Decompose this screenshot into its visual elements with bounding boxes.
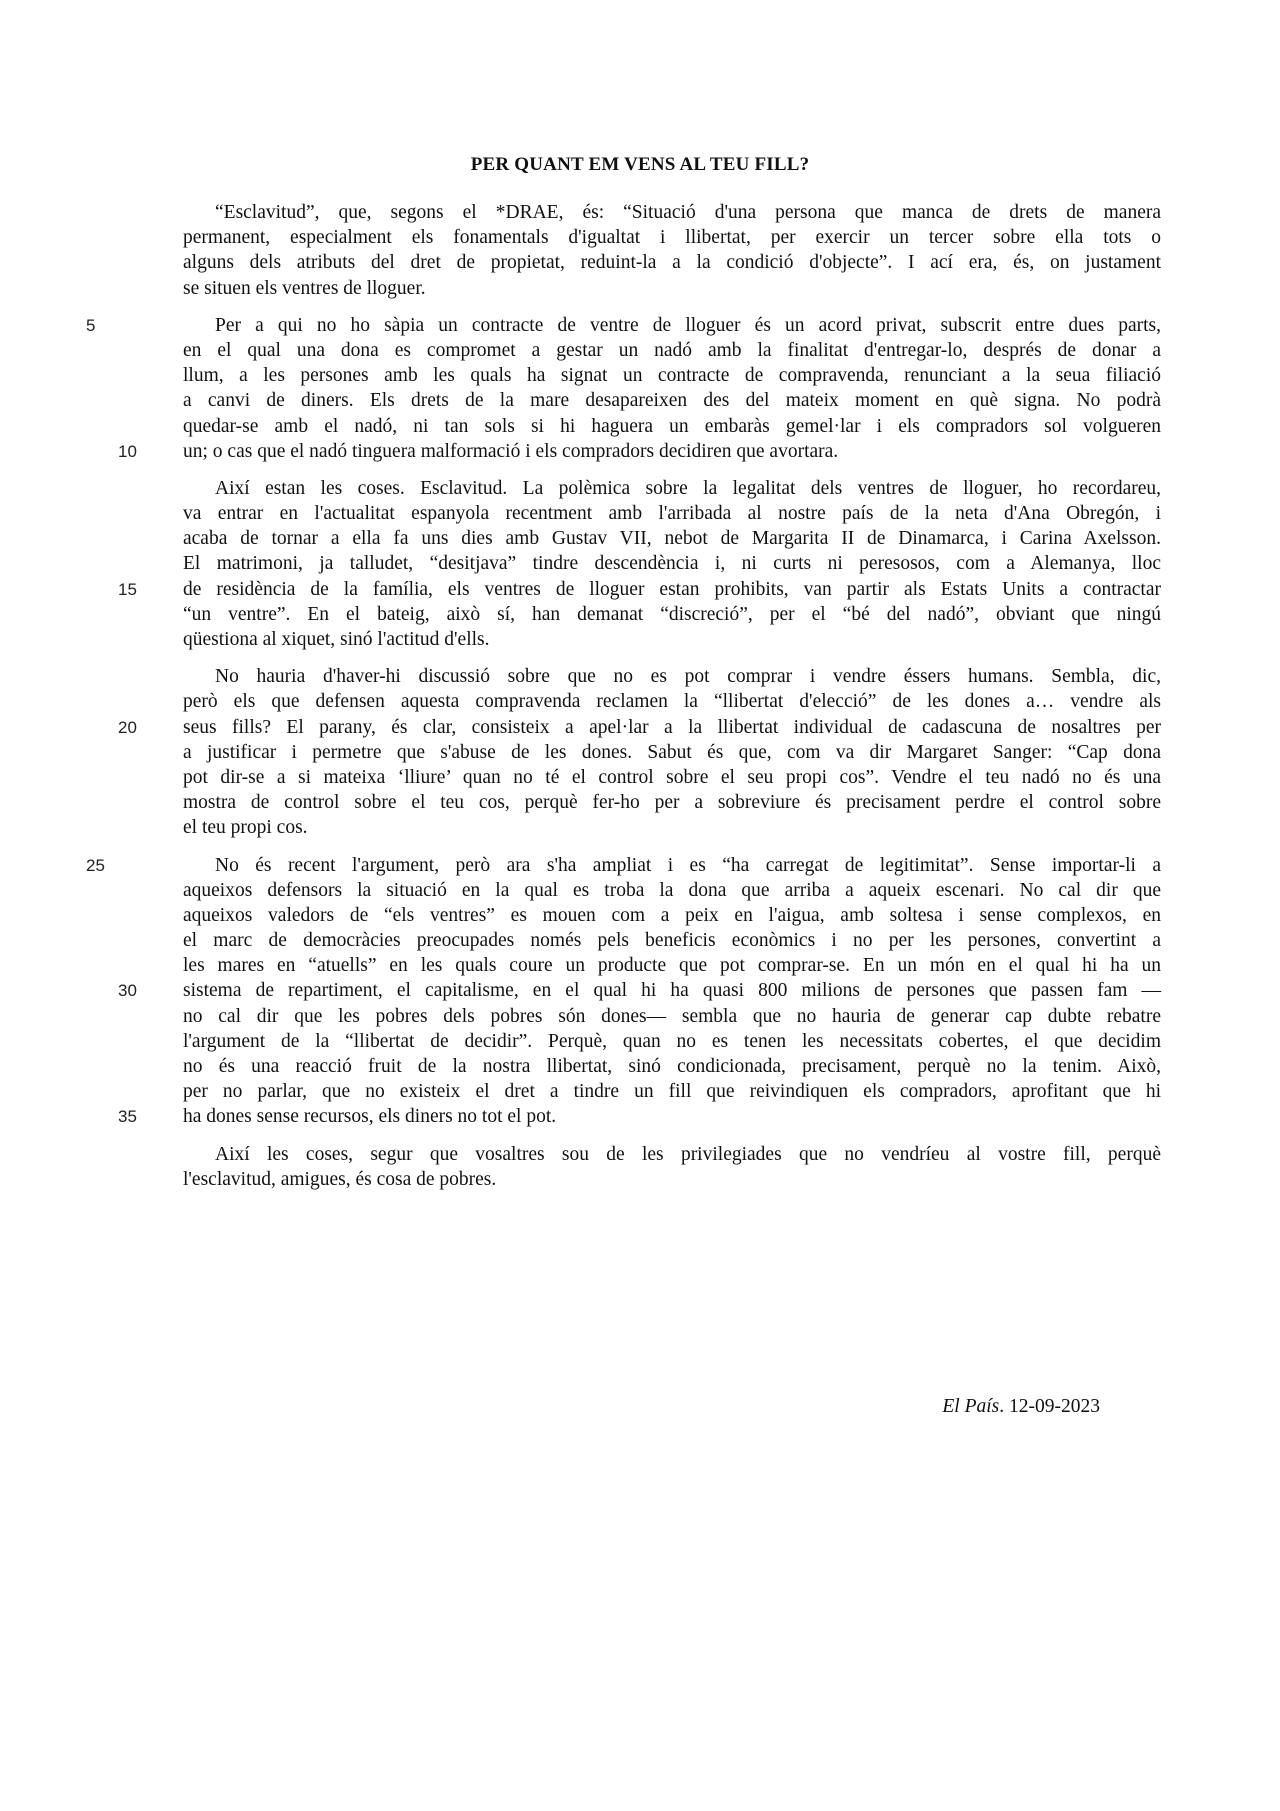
text-line: el teu propi cos. xyxy=(183,815,1161,840)
text-line: 5Per a qui no ho sàpia un contracte de v… xyxy=(183,313,1161,338)
line-text: ha dones sense recursos, els diners no t… xyxy=(183,1106,556,1127)
line-text: Per a qui no ho sàpia un contracte de ve… xyxy=(215,315,1161,336)
publication-date: . 12-09-2023 xyxy=(999,1396,1100,1417)
line-text: El matrimoni, ja talludet, “desitjava” t… xyxy=(183,553,1161,574)
text-line: acaba de tornar a ella fa uns dies amb G… xyxy=(183,526,1161,551)
line-text: pot dir-se a si mateixa ‘lliure’ quan no… xyxy=(183,767,1161,788)
line-text: “Esclavitud”, que, segons el *DRAE, és: … xyxy=(215,202,1161,223)
line-text: mostra de control sobre el teu cos, perq… xyxy=(183,792,1161,813)
line-text: en el qual una dona es compromet a gesta… xyxy=(183,340,1161,361)
line-text: Així les coses, segur que vosaltres sou … xyxy=(215,1144,1161,1165)
text-line: “Esclavitud”, que, segons el *DRAE, és: … xyxy=(183,200,1161,225)
line-text: un; o cas que el nadó tinguera malformac… xyxy=(183,441,838,462)
text-line: qüestiona al xiquet, sinó l'actitud d'el… xyxy=(183,627,1161,652)
text-line: 35ha dones sense recursos, els diners no… xyxy=(183,1104,1161,1129)
line-text: de residència de la família, els ventres… xyxy=(183,579,1161,600)
text-line: quedar-se amb el nadó, ni tan sols si hi… xyxy=(183,414,1161,439)
paragraph: No hauria d'haver-hi discussió sobre que… xyxy=(183,664,1161,840)
paragraph: Així les coses, segur que vosaltres sou … xyxy=(183,1142,1161,1192)
line-number: 30 xyxy=(118,978,148,1003)
line-text: llum, a les persones amb les quals ha si… xyxy=(183,365,1161,386)
text-line: 30sistema de repartiment, el capitalisme… xyxy=(183,978,1161,1003)
paragraph: “Esclavitud”, que, segons el *DRAE, és: … xyxy=(183,200,1161,301)
text-line: aqueixos defensors la situació en la qua… xyxy=(183,878,1161,903)
line-number: 25 xyxy=(86,853,116,878)
line-text: aqueixos defensors la situació en la qua… xyxy=(183,880,1161,901)
text-line: permanent, especialment els fonamentals … xyxy=(183,225,1161,250)
line-text: a canvi de diners. Els drets de la mare … xyxy=(183,390,1161,411)
line-text: No hauria d'haver-hi discussió sobre que… xyxy=(215,666,1161,687)
line-text: va entrar en l'actualitat espanyola rece… xyxy=(183,503,1161,524)
text-line: Així estan les coses. Esclavitud. La pol… xyxy=(183,476,1161,501)
line-number: 35 xyxy=(118,1104,148,1129)
text-line: 15de residència de la família, els ventr… xyxy=(183,577,1161,602)
line-text: permanent, especialment els fonamentals … xyxy=(183,227,1161,248)
text-line: pot dir-se a si mateixa ‘lliure’ quan no… xyxy=(183,765,1161,790)
line-text: aqueixos valedors de “els ventres” es mo… xyxy=(183,905,1161,926)
text-line: Així les coses, segur que vosaltres sou … xyxy=(183,1142,1161,1167)
line-text: no és una reacció fruit de la nostra lli… xyxy=(183,1056,1161,1077)
line-text: se situen els ventres de lloguer. xyxy=(183,278,426,299)
text-line: 25No és recent l'argument, però ara s'ha… xyxy=(183,853,1161,878)
text-line: l'esclavitud, amigues, és cosa de pobres… xyxy=(183,1167,1161,1192)
line-text: no cal dir que les pobres dels pobres só… xyxy=(183,1006,1161,1027)
line-text: qüestiona al xiquet, sinó l'actitud d'el… xyxy=(183,629,490,650)
text-line: “un ventre”. En el bateig, això sí, han … xyxy=(183,602,1161,627)
line-text: a justificar i permetre que s'abuse de l… xyxy=(183,742,1161,763)
text-line: No hauria d'haver-hi discussió sobre que… xyxy=(183,664,1161,689)
line-text: l'esclavitud, amigues, és cosa de pobres… xyxy=(183,1169,496,1190)
document-page: PER QUANT EM VENS AL TEU FILL? “Esclavit… xyxy=(0,0,1280,1811)
line-text: el marc de democràcies preocupades només… xyxy=(183,930,1161,951)
text-line: les mares en “atuells” en les quals cour… xyxy=(183,953,1161,978)
source-citation: El País. 12-09-2023 xyxy=(0,1396,1100,1418)
text-line: per no parlar, que no existeix el dret a… xyxy=(183,1079,1161,1104)
text-line: aqueixos valedors de “els ventres” es mo… xyxy=(183,903,1161,928)
line-text: per no parlar, que no existeix el dret a… xyxy=(183,1081,1161,1102)
line-text: alguns dels atributs del dret de propiet… xyxy=(183,252,1161,273)
text-line: mostra de control sobre el teu cos, perq… xyxy=(183,790,1161,815)
line-text: sistema de repartiment, el capitalisme, … xyxy=(183,980,1161,1001)
paragraph: Així estan les coses. Esclavitud. La pol… xyxy=(183,476,1161,652)
line-number: 5 xyxy=(86,313,116,338)
line-text: el teu propi cos. xyxy=(183,817,308,838)
text-line: no és una reacció fruit de la nostra lli… xyxy=(183,1054,1161,1079)
text-line: va entrar en l'actualitat espanyola rece… xyxy=(183,501,1161,526)
line-text: seus fills? El parany, és clar, consiste… xyxy=(183,717,1161,738)
text-line: El matrimoni, ja talludet, “desitjava” t… xyxy=(183,551,1161,576)
text-line: llum, a les persones amb les quals ha si… xyxy=(183,363,1161,388)
article-body: “Esclavitud”, que, segons el *DRAE, és: … xyxy=(183,200,1161,1204)
paragraph: 25No és recent l'argument, però ara s'ha… xyxy=(183,853,1161,1130)
text-line: l'argument de la “llibertat de decidir”.… xyxy=(183,1029,1161,1054)
line-number: 15 xyxy=(118,577,148,602)
line-text: les mares en “atuells” en les quals cour… xyxy=(183,955,1161,976)
text-line: alguns dels atributs del dret de propiet… xyxy=(183,250,1161,275)
article-title: PER QUANT EM VENS AL TEU FILL? xyxy=(0,154,1280,176)
line-number: 10 xyxy=(118,439,148,464)
text-line: però els que defensen aquesta compravend… xyxy=(183,689,1161,714)
line-text: No és recent l'argument, però ara s'ha a… xyxy=(215,855,1161,876)
line-text: però els que defensen aquesta compravend… xyxy=(183,691,1161,712)
text-line: 20seus fills? El parany, és clar, consis… xyxy=(183,715,1161,740)
text-line: 10un; o cas que el nadó tinguera malform… xyxy=(183,439,1161,464)
text-line: el marc de democràcies preocupades només… xyxy=(183,928,1161,953)
line-text: l'argument de la “llibertat de decidir”.… xyxy=(183,1031,1161,1052)
line-text: acaba de tornar a ella fa uns dies amb G… xyxy=(183,528,1161,549)
publication-name: El País xyxy=(942,1396,999,1417)
line-text: “un ventre”. En el bateig, això sí, han … xyxy=(183,604,1161,625)
paragraph: 5Per a qui no ho sàpia un contracte de v… xyxy=(183,313,1161,464)
text-line: a justificar i permetre que s'abuse de l… xyxy=(183,740,1161,765)
line-text: Així estan les coses. Esclavitud. La pol… xyxy=(215,478,1161,499)
text-line: se situen els ventres de lloguer. xyxy=(183,276,1161,301)
text-line: no cal dir que les pobres dels pobres só… xyxy=(183,1004,1161,1029)
text-line: a canvi de diners. Els drets de la mare … xyxy=(183,388,1161,413)
line-text: quedar-se amb el nadó, ni tan sols si hi… xyxy=(183,416,1161,437)
line-number: 20 xyxy=(118,715,148,740)
text-line: en el qual una dona es compromet a gesta… xyxy=(183,338,1161,363)
